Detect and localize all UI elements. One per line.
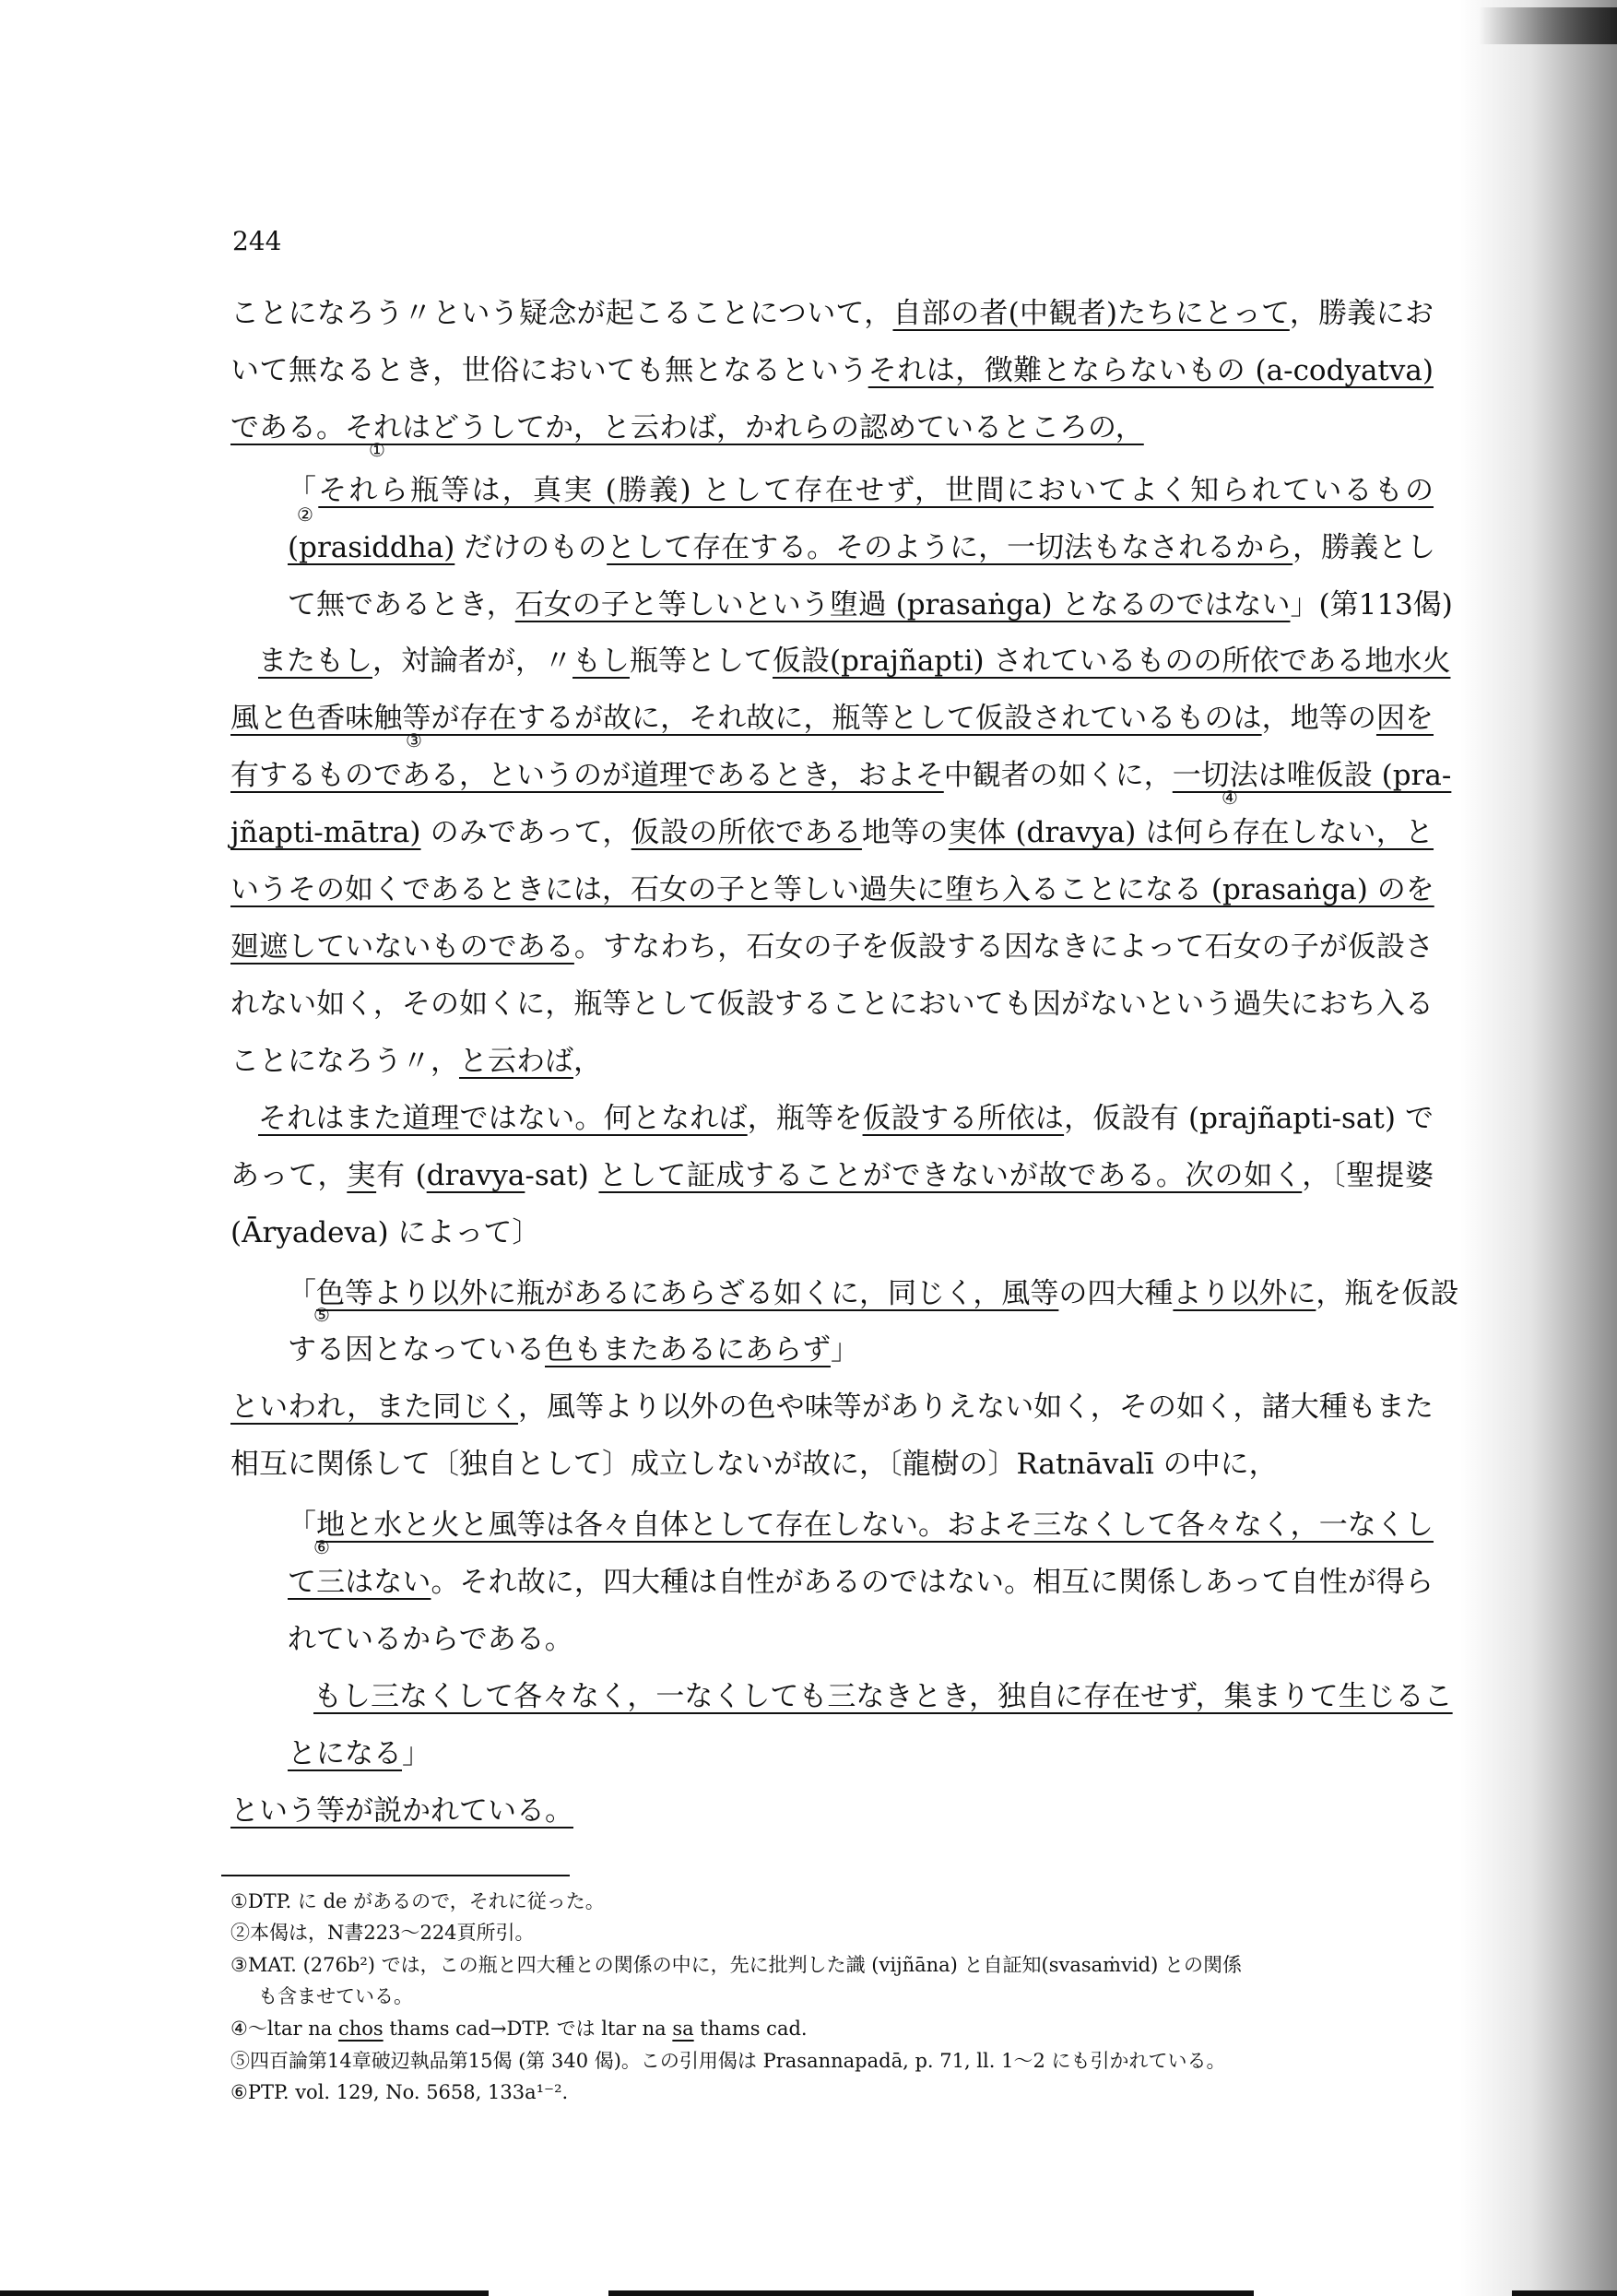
text-segment: 有 ( (376, 1159, 427, 1192)
text-segment: 中観者の如くに， (944, 759, 1173, 792)
underlined-text: 廻遮していないものである (230, 930, 574, 964)
scan-edge-right (1512, 2290, 1617, 2296)
underlined-text: といわれ，また同じく (230, 1391, 518, 1424)
footnote: ③MAT. (276b²) では，この瓶と四大種との関係の中に，先に批判した識 … (230, 1951, 1242, 1979)
text-segment: ，勝義にお (1290, 297, 1434, 330)
text-segment: 「 (288, 1277, 316, 1310)
underlined-text: 石女の子と等しいという堕過 (prasaṅga) となるのではない (515, 588, 1291, 621)
underlined-text: 風と色香味触等が存在するが故に，それ故に，瓶等として仮設されているものは (230, 702, 1262, 735)
underlined-text: とになる (288, 1737, 402, 1770)
text-segment: ，勝義とし (1292, 531, 1435, 564)
scan-edge-center (608, 2290, 1254, 2296)
underlined-text: より以外に (1173, 1277, 1316, 1310)
footnote: も含ませている。 (258, 1982, 413, 2010)
note-mark-3: ③ (406, 731, 422, 750)
scan-shadow-top (1479, 7, 1617, 44)
text-segment: 」 (402, 1737, 431, 1770)
text-segment: 」 (831, 1333, 859, 1367)
body-line: 相互に関係して〔独自として〕成立しないが故に，〔龍樹の〕Ratnāvalī の中… (230, 1442, 1434, 1486)
body-line: という等が説かれている。 (230, 1789, 1434, 1833)
note-mark-1: ① (369, 441, 385, 459)
text-segment: のみであって， (420, 816, 631, 849)
underlined-text: 実 (347, 1159, 376, 1192)
body-line: とになる」 (288, 1732, 1434, 1776)
text-segment: ①DTP. に de があるので，それに従った。 (230, 1890, 605, 1912)
text-segment: ⑤四百論第14章破辺執品第15偈 (第 340 偈)。この引用偈は Prasan… (230, 2050, 1226, 2072)
footnote: ⑥PTP. vol. 129, No. 5658, 133a¹⁻². (230, 2078, 568, 2106)
text-segment: ③MAT. (276b²) では，この瓶と四大種との関係の中に，先に批判した識 … (230, 1954, 1242, 1976)
underlined-text: 因を (1376, 702, 1434, 735)
body-line: て無であるとき，石女の子と等しいという堕過 (prasaṅga) となるのではな… (288, 583, 1434, 627)
underlined-text: jñapti-mātra) (230, 816, 420, 849)
underlined-text: (prasiddha) (288, 531, 454, 564)
underlined-text: もし (572, 645, 630, 678)
underlined-text: 有するものである，というのが道理であるとき，およそ (230, 759, 944, 792)
body-line: である。それはどうしてか，と云わば，かれらの認めているところの， (230, 406, 1434, 450)
text-segment: 瓶等として (630, 645, 773, 678)
text-segment: れているからである。 (288, 1623, 573, 1656)
text-segment: 地等の (862, 816, 949, 849)
text-segment: thams cad→DTP. では ltar na (384, 2018, 673, 2040)
text-segment: ，瓶を仮設 (1316, 1277, 1458, 1310)
note-mark-4: ④ (1222, 788, 1238, 807)
text-segment: いて無なるとき，世俗においても無となるという (230, 354, 868, 387)
body-line: jñapti-mātra) のみであって，仮設の所依である地等の実体 (drav… (230, 811, 1434, 855)
text-segment: ，瓶等を (748, 1102, 863, 1135)
text-segment: ，〔聖提婆 (1302, 1159, 1434, 1192)
footnote-divider (221, 1875, 570, 1876)
underlined-text: それは，徴難とならないもの (a-codyatva) (868, 354, 1434, 387)
text-segment: 」(第113偈) (1291, 588, 1453, 621)
text-segment: ④～ltar na (230, 2018, 338, 2040)
underlined-text: 仮設する所依は (863, 1102, 1065, 1135)
underlined-text: として存在する。そのように，一切法もなされるから (607, 531, 1292, 564)
scan-edge-left (0, 2290, 489, 2296)
text-segment: ⑥PTP. vol. 129, No. 5658, 133a¹⁻². (230, 2081, 568, 2103)
underlined-text: またもし (258, 645, 372, 678)
text-segment: ことになろう〃という疑念が起こることについて， (230, 297, 892, 330)
underlined-text: 色等より以外に瓶があるにあらざる如くに，同じく，風等 (316, 1277, 1058, 1310)
body-line: 「色等より以外に瓶があるにあらざる如くに，同じく，風等の四大種より以外に，瓶を仮… (288, 1272, 1434, 1316)
body-line: れているからである。 (288, 1617, 1434, 1662)
body-line: またもし，対論者が，〃もし瓶等として仮設(prajñapti) されているものの… (258, 639, 1434, 683)
underlined-text: それはまた道理ではない。何となれば (258, 1102, 748, 1135)
footnote: ④～ltar na chos thams cad→DTP. では ltar na… (230, 2015, 808, 2042)
body-line: (prasiddha) だけのものとして存在する。そのように，一切法もなされるか… (288, 526, 1434, 570)
note-mark-2: ② (297, 505, 313, 524)
body-line: あって，実有 (dravya-sat) として証成することができないが故である。… (230, 1154, 1434, 1198)
footnote: ⑤四百論第14章破辺執品第15偈 (第 340 偈)。この引用偈は Prasan… (230, 2047, 1226, 2075)
text-segment: あって， (230, 1159, 347, 1192)
body-line: いうその如くであるときには，石女の子と等しい過失に堕ち入ることになる (pras… (230, 868, 1434, 912)
body-line: いて無なるとき，世俗においても無となるというそれは，徴難とならないもの (a-c… (230, 349, 1434, 393)
text-segment: 。すなわち，石女の子を仮設する因なきによって石女の子が仮設さ (574, 930, 1434, 964)
text-segment: ，対論者が，〃 (372, 645, 572, 678)
body-line: もし三なくして各々なく，一なくしても三なきとき，独自に存在せず，集まりて生じるこ (313, 1675, 1434, 1719)
body-line: 「それら瓶等は，真実 (勝義) として存在せず，世間においてよく知られているもの (288, 468, 1434, 513)
underlined-text: として証成することができないが故である。次の如く (598, 1159, 1302, 1192)
underlined-text: て三はない (288, 1566, 431, 1599)
note-mark-6: ⑥ (313, 1538, 330, 1556)
underlined-text: である。それはどうしてか，と云わば，かれらの認めているところの， (230, 411, 1144, 444)
text-segment: thams cad. (694, 2018, 808, 2040)
underlined-text: と云わば (459, 1045, 573, 1078)
text-segment: -sat) (525, 1159, 598, 1192)
page-number: 244 (232, 226, 281, 256)
text-segment: (Āryadeva) によって〕 (230, 1216, 540, 1249)
body-line: れない如く，その如くに，瓶等として仮設することにおいても因がないという過失におち… (230, 982, 1434, 1026)
text-segment: 「 (288, 1509, 316, 1542)
body-line: 廻遮していないものである。すなわち，石女の子を仮設する因なきによって石女の子が仮… (230, 925, 1434, 969)
body-line: ことになろう〃，と云わば， (230, 1039, 1434, 1083)
text-segment: だけのもの (454, 531, 607, 564)
text-segment: ，風等より以外の色や味等がありえない如く，その如く，諸大種もまた (518, 1391, 1434, 1424)
underlined-text: 地と水と火と風等は各々自体として存在しない。およそ三なくして各々なく，一なくし (316, 1509, 1434, 1542)
underlined-text: sa (672, 2018, 693, 2040)
underlined-text: 色もまたあるにあらず (545, 1333, 831, 1367)
text-segment: 「 (288, 474, 318, 507)
text-segment: の四大種 (1058, 1277, 1173, 1310)
underlined-text: という等が説かれている。 (230, 1794, 573, 1828)
body-line: する因となっている色もまたあるにあらず」 (288, 1328, 1434, 1372)
body-line: それはまた道理ではない。何となれば，瓶等を仮設する所依は，仮設有 (prajña… (258, 1096, 1434, 1141)
underlined-text: 実体 (dravya) は何ら存在しない，と (949, 816, 1434, 849)
text-segment: も含ませている。 (258, 1985, 413, 2007)
underlined-text: いうその如くであるときには，石女の子と等しい過失に堕ち入ることになる (pras… (230, 873, 1434, 906)
footnote: ①DTP. に de があるので，それに従った。 (230, 1888, 605, 1915)
text-segment: する因となっている (288, 1333, 545, 1367)
underlined-text: chos (338, 2018, 384, 2040)
body-line: といわれ，また同じく，風等より以外の色や味等がありえない如く，その如く，諸大種も… (230, 1385, 1434, 1429)
underlined-text: dravya (427, 1159, 525, 1192)
text-segment: ， (573, 1045, 602, 1078)
text-segment: て無であるとき， (288, 588, 515, 621)
text-segment: ②本偈は，N書223～224頁所引。 (230, 1922, 535, 1944)
footnote: ②本偈は，N書223～224頁所引。 (230, 1919, 535, 1947)
text-segment: ことになろう〃， (230, 1045, 459, 1078)
scan-shadow-right (1460, 0, 1617, 2296)
text-segment: 。それ故に，四大種は自性があるのではない。相互に関係しあって自性が得ら (431, 1566, 1434, 1599)
body-line: て三はない。それ故に，四大種は自性があるのではない。相互に関係しあって自性が得ら (288, 1560, 1434, 1604)
underlined-text: 自部の者(中観者)たちにとって (892, 297, 1289, 330)
text-segment: れない如く，その如くに，瓶等として仮設することにおいても因がないという過失におち… (230, 988, 1434, 1021)
underlined-text: 一切法は唯仮設 (pra- (1173, 759, 1452, 792)
text-segment: 相互に関係して〔独自として〕成立しないが故に，〔龍樹の〕Ratnāvalī の中… (230, 1448, 1278, 1481)
underlined-text: 仮設の所依である (631, 816, 862, 849)
note-mark-5: ⑤ (313, 1306, 330, 1324)
body-line: 有するものである，というのが道理であるとき，およそ中観者の如くに，一切法は唯仮設… (230, 753, 1434, 798)
body-line: 「地と水と火と風等は各々自体として存在しない。およそ三なくして各々なく，一なくし (288, 1503, 1434, 1547)
body-line: ことになろう〃という疑念が起こることについて，自部の者(中観者)たちにとって，勝… (230, 291, 1434, 336)
underlined-text: それら瓶等は，真実 (勝義) として存在せず，世間においてよく知られているもの (318, 474, 1434, 507)
underlined-text: もし三なくして各々なく，一なくしても三なきとき，独自に存在せず，集まりて生じるこ (313, 1680, 1453, 1713)
text-segment: ，地等の (1262, 702, 1376, 735)
body-line: (Āryadeva) によって〕 (230, 1211, 1434, 1255)
text-segment: ，仮設有 (prajñapti-sat) で (1064, 1102, 1434, 1135)
underlined-text: 仮設(prajñapti) されているものの所依である地水火 (773, 645, 1450, 678)
